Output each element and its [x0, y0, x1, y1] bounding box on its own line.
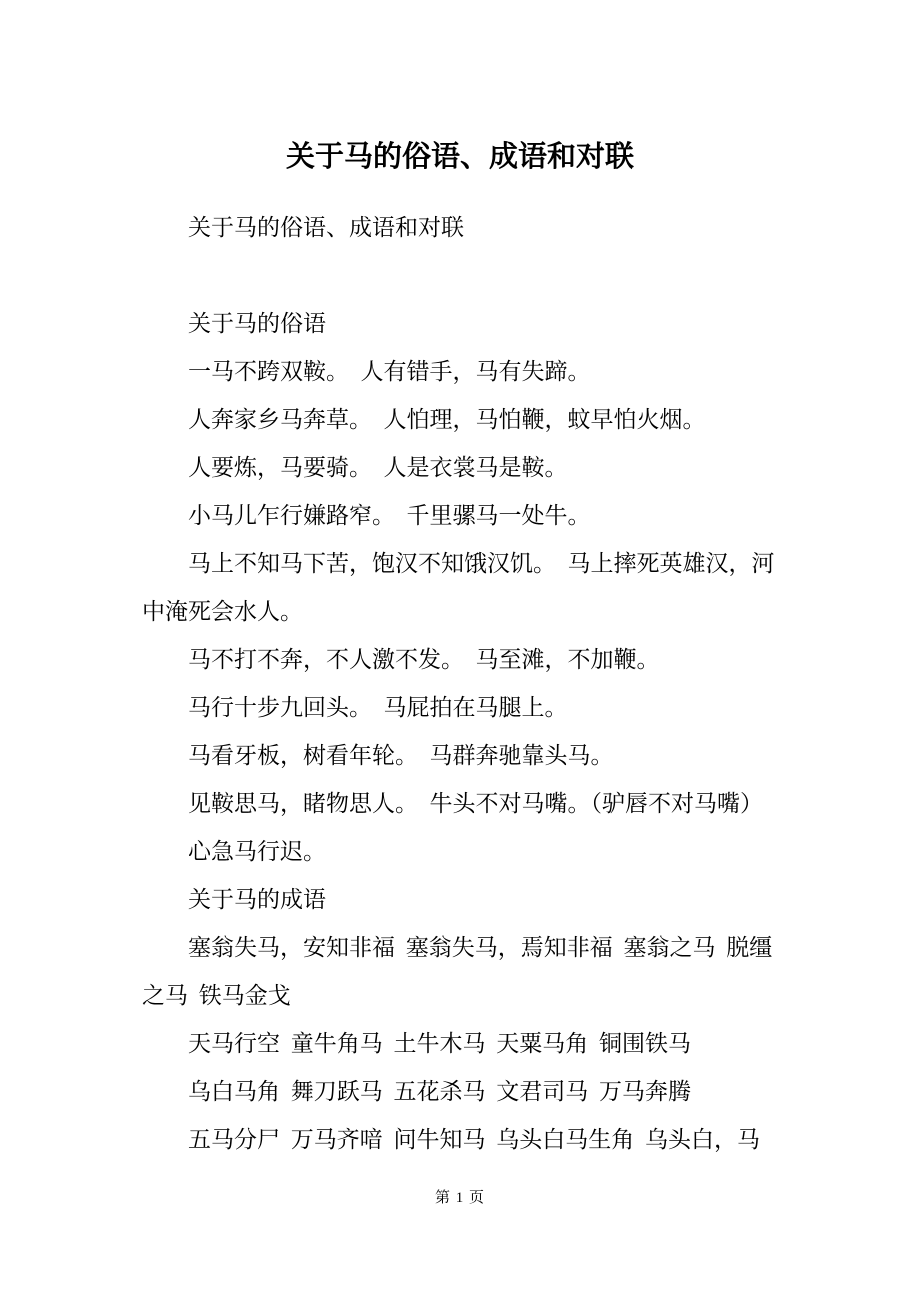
text-line: 之马 铁马金戈	[142, 972, 778, 1020]
text-line: 马上不知马下苦，饱汉不知饿汉饥。 马上摔死英雄汉，河	[142, 540, 778, 588]
text-line: 一马不跨双鞍。 人有错手，马有失蹄。	[142, 348, 778, 396]
text-line: 人奔家乡马奔草。 人怕理，马怕鞭，蚊早怕火烟。	[142, 396, 778, 444]
blank-line	[142, 252, 778, 300]
text-line: 中淹死会水人。	[142, 588, 778, 636]
text-line: 马看牙板，树看年轮。 马群奔驰靠头马。	[142, 732, 778, 780]
text-line: 关于马的俗语、成语和对联	[142, 204, 778, 252]
page-number: 第 1 页	[0, 1188, 920, 1208]
text-line: 乌白马角 舞刀跃马 五花杀马 文君司马 万马奔腾	[142, 1068, 778, 1116]
text-line: 见鞍思马，睹物思人。 牛头不对马嘴。（驴唇不对马嘴）	[142, 780, 778, 828]
document-body: 关于马的俗语、成语和对联关于马的俗语一马不跨双鞍。 人有错手，马有失蹄。人奔家乡…	[142, 204, 778, 1164]
text-line: 天马行空 童牛角马 土牛木马 天粟马角 铜围铁马	[142, 1020, 778, 1068]
text-line: 马不打不奔，不人激不发。 马至滩，不加鞭。	[142, 636, 778, 684]
document-page: 关于马的俗语、成语和对联 关于马的俗语、成语和对联关于马的俗语一马不跨双鞍。 人…	[0, 0, 920, 1302]
text-line: 关于马的俗语	[142, 300, 778, 348]
text-line: 小马儿乍行嫌路窄。 千里骡马一处牛。	[142, 492, 778, 540]
text-line: 五马分尸 万马齐喑 问牛知马 乌头白马生角 乌头白，马	[142, 1116, 778, 1164]
document-title: 关于马的俗语、成语和对联	[0, 141, 920, 173]
text-line: 马行十步九回头。 马屁拍在马腿上。	[142, 684, 778, 732]
text-line: 塞翁失马，安知非福 塞翁失马，焉知非福 塞翁之马 脱缰	[142, 924, 778, 972]
text-line: 关于马的成语	[142, 876, 778, 924]
text-line: 人要炼，马要骑。 人是衣裳马是鞍。	[142, 444, 778, 492]
text-line: 心急马行迟。	[142, 828, 778, 876]
